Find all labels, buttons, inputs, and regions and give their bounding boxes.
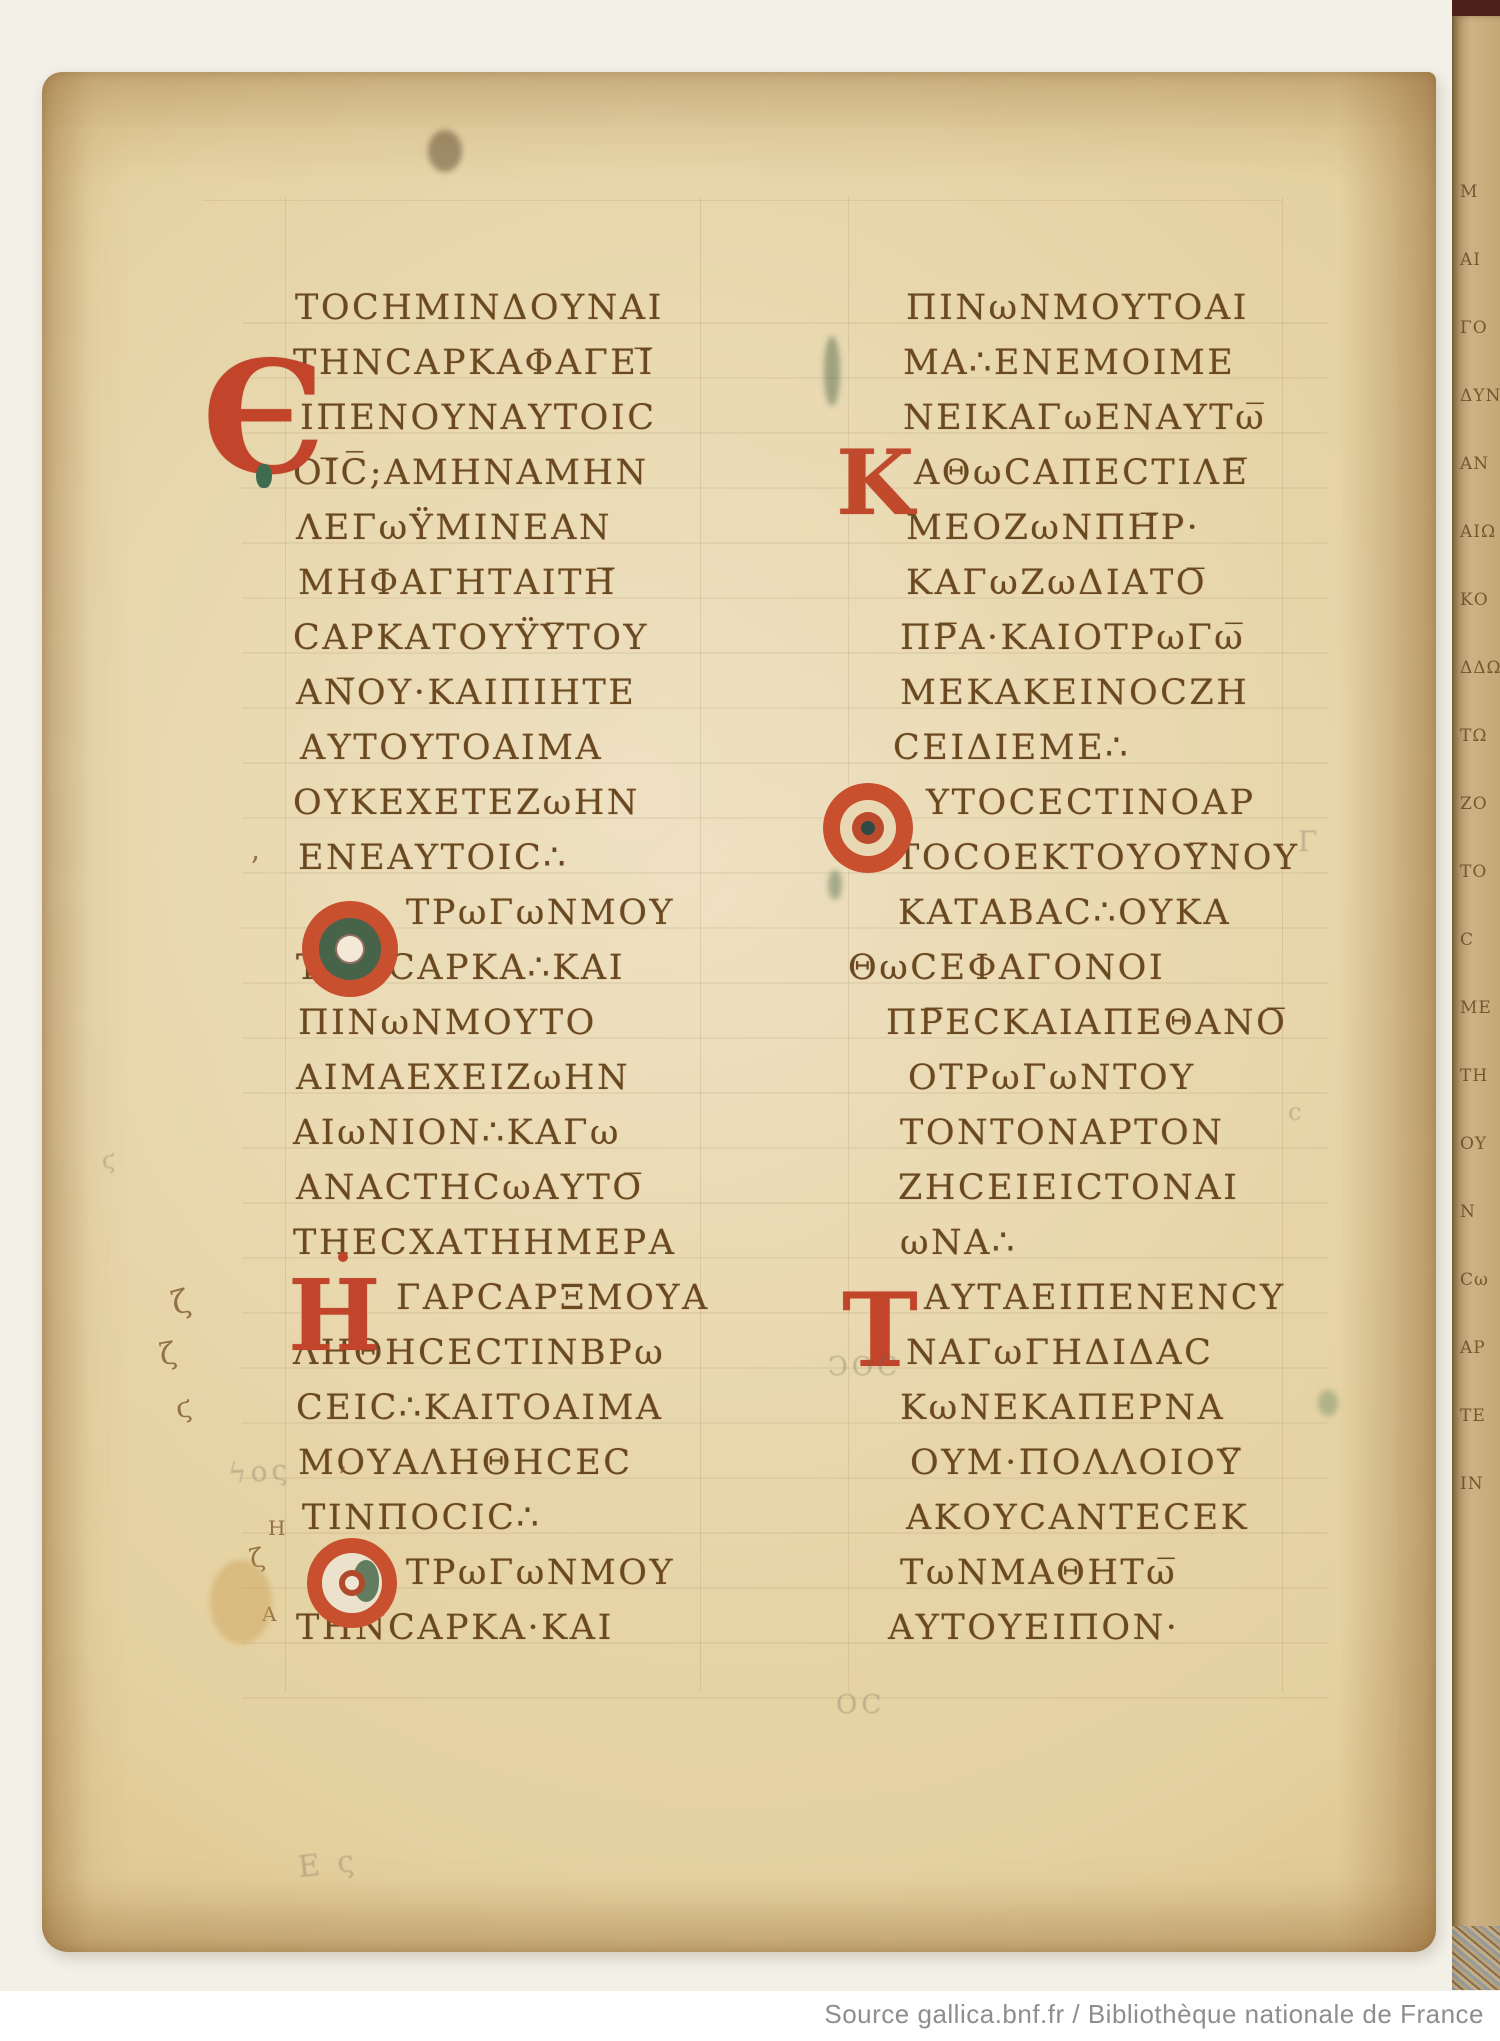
stain xyxy=(824,336,840,406)
text-line: ΠΙΝωΝΜΟΥΤΟ xyxy=(288,996,788,1051)
stain xyxy=(828,870,842,900)
facing-page-text-fragment: ΑΡ xyxy=(1460,1338,1486,1358)
rosette-inner-ring xyxy=(322,1553,381,1612)
facing-page-text-fragment: Ϲω xyxy=(1460,1270,1489,1290)
text-line: ΟΥΜ·ΠΟΛΛΟΙΟΥ̅ xyxy=(848,1436,1348,1491)
facing-page-text-fragment: ΑΝ xyxy=(1460,454,1489,474)
text-line: ΟΙ̅C̅;ΑΜΗΝΑΜΗΝ xyxy=(288,446,788,501)
initial-accent xyxy=(256,464,272,488)
facing-page-text-fragment: ΟΥ xyxy=(1460,1134,1487,1154)
text-line: ΑΝΑCΤΗCωΑΥΤΟ̅ xyxy=(288,1161,788,1216)
text-line: ωΝΑ∴ xyxy=(848,1216,1348,1271)
text-line: ΕΝΕΑΥΤΟΙC∴ xyxy=(288,831,788,886)
facing-page-text-fragment: ΤΕ xyxy=(1460,1406,1486,1426)
facing-page-text-fragment: ΤΟ xyxy=(1460,862,1487,882)
facing-page-text-fragment: Ν xyxy=(1460,1202,1476,1222)
marginal-mark: ζ xyxy=(158,1339,179,1371)
ghost-letterforms: Ε ς xyxy=(297,1847,360,1883)
scanned-manuscript-view: ΤΟCΗΜΙΝΔΟΥΝΑΙΤΗΝCΑΡΚΑΦΑΓΕΙ̅ΙΠΕΝΟΥΝΑΥΤΟΙC… xyxy=(0,0,1500,2041)
text-line: ΜΕΚΑΚΕΙΝΟCΖΗ xyxy=(848,666,1348,721)
facing-page-text-fragment: Μ xyxy=(1460,182,1478,202)
text-line: ΠΡ̅Α·ΚΑΙΟΤΡωΓω̅ xyxy=(848,611,1348,666)
text-line: ΠΡ̅ΕCΚΑΙΑΠΕΘΑΝΟ̅ xyxy=(848,996,1348,1051)
facing-page-text-fragment: ΑΙΩ xyxy=(1460,522,1496,542)
rosette-inner-ring xyxy=(319,918,380,979)
facing-page-text-fragment: ΓΟ xyxy=(1460,318,1488,338)
text-line: ΜΕΟΖωΝΠΗ̅Ρ· xyxy=(848,501,1348,556)
initial-dot xyxy=(338,1252,348,1262)
text-line: ΟΥΚΕΧΕΤΕΖωΗΝ xyxy=(288,776,788,831)
text-line: CΕΙΔΙΕΜΕ∴ xyxy=(848,721,1348,776)
text-line: ΤωΝΜΑΘΗΤω̅ xyxy=(848,1546,1348,1601)
stain xyxy=(210,1560,272,1644)
rosette-core xyxy=(339,1570,365,1596)
ghost-letterforms: ϛ xyxy=(102,1148,119,1172)
text-line: ΛΕΓωΫΜΙΝΕΑΝ xyxy=(288,501,788,556)
ghost-letterforms: ΟϹ xyxy=(836,1692,885,1718)
rosette-inner-ring xyxy=(840,800,896,856)
marginal-mark: ’ xyxy=(338,1464,347,1492)
marginal-mark: ζ xyxy=(168,1284,193,1319)
text-line: CΕΙC∴ΚΑΙΤΟΑΙΜΑ xyxy=(288,1381,788,1436)
text-line: ΤΗΝCΑΡΚΑΦΑΓΕΙ̅ xyxy=(288,336,788,391)
ruling-top-line xyxy=(202,200,1282,201)
marginal-mark: ϛ xyxy=(174,1393,193,1423)
text-line: ΑΥΤΑΕΙΠΕΝΕΝCΥ xyxy=(848,1271,1348,1326)
text-line: ΚΑΤΑΒΑC∴ΟΥΚΑ xyxy=(848,886,1348,941)
rosette-ornament xyxy=(302,901,398,997)
source-footer-band: Source gallica.bnf.fr / Bibliothèque nat… xyxy=(0,1991,1500,2041)
facing-page-text-fragment: ΙΝ xyxy=(1460,1474,1484,1494)
text-column-right: ΠΙΝωΝΜΟΥΤΟΑΙΜΑ∴ΕΝΕΜΟΙΜΕΝΕΙΚΑΓωΕΝΑΥΤω̅ΑΘω… xyxy=(848,281,1348,1656)
text-line: ΥΤΟCΕCΤΙΝΟΑΡ xyxy=(848,776,1348,831)
facing-page-text-fragment: ΤΗ xyxy=(1460,1066,1488,1086)
text-line: ΤΟCΗΜΙΝΔΟΥΝΑΙ xyxy=(288,281,788,336)
facing-page-edge: ΜΑΙΓΟΔΥΝΑΝΑΙΩΚΟΔΔΩΤΩΖΟΤΟϹΜΕΤΗΟΥΝϹωΑΡΤΕΙΝ xyxy=(1452,16,1500,1990)
text-line: ΝΑΓωΓΗΔΙΔΑC xyxy=(848,1326,1348,1381)
text-line: ΜΑ∴ΕΝΕΜΟΙΜΕ xyxy=(848,336,1348,391)
text-line: ΚωΝΕΚΑΠΕΡΝΑ xyxy=(848,1381,1348,1436)
text-line: ΤΙΝΠΟCΙC∴ xyxy=(288,1491,788,1546)
ghost-letterforms: ϟος xyxy=(227,1456,292,1488)
text-line: ΑΙωΝΙΟΝ∴ΚΑΓω xyxy=(288,1106,788,1161)
text-line: ΑΙΜΑΕΧΕΙΖωΗΝ xyxy=(288,1051,788,1106)
text-line: ΜΟΥΑΛΗΘΗCΕC xyxy=(288,1436,788,1491)
text-line: ΙΠΕΝΟΥΝΑΥΤΟΙC xyxy=(288,391,788,446)
text-line: ΑΝ̅ΟΥ·ΚΑΙΠΙΗΤΕ xyxy=(288,666,788,721)
text-line: CΑΡΚΑΤΟΥΫΥ̅ΤΟΥ xyxy=(288,611,788,666)
rosette-core xyxy=(852,812,884,844)
marbled-endpaper-edge xyxy=(1452,1926,1500,1990)
text-line: ΤΟΝΤΟΝΑΡΤΟΝ xyxy=(848,1106,1348,1161)
rosette-ornament xyxy=(307,1538,397,1628)
text-line: ΘωCΕΦΑΓΟΝΟΙ xyxy=(848,941,1348,996)
manuscript-page: ΤΟCΗΜΙΝΔΟΥΝΑΙΤΗΝCΑΡΚΑΦΑΓΕΙ̅ΙΠΕΝΟΥΝΑΥΤΟΙC… xyxy=(42,72,1436,1952)
marginal-mark: ’ xyxy=(250,854,260,884)
facing-page-text-fragment: ΔΥΝ xyxy=(1460,386,1500,406)
text-line: ΜΗΦΑΓΗΤΑΙΤΗ̅ xyxy=(288,556,788,611)
stain xyxy=(1318,1390,1338,1416)
ghost-letterforms: ϽΟϹ xyxy=(828,1354,901,1380)
text-line: ΑΘωCΑΠΕCΤΙΛΕ̅ xyxy=(848,446,1348,501)
text-line: ΠΙΝωΝΜΟΥΤΟΑΙ xyxy=(848,281,1348,336)
facing-page-text-fragment: ΔΔΩ xyxy=(1460,658,1500,678)
text-line: ΑΥΤΟΥΕΙΠΟΝ· xyxy=(848,1601,1348,1656)
ghost-letterforms: ϲ xyxy=(1288,1100,1305,1124)
text-line: ΚΑΓωΖωΔΙΑΤΟ̅ xyxy=(848,556,1348,611)
text-line: ΤΟCΟΕΚΤΟΥΟΥ̅ΝΟΥ xyxy=(848,831,1348,886)
facing-page-text-fragment: ΑΙ xyxy=(1460,250,1481,270)
text-line: ΟΤΡωΓωΝΤΟΥ xyxy=(848,1051,1348,1106)
initial-letter: Κ xyxy=(836,438,914,528)
facing-page-text-fragment: Ϲ xyxy=(1460,930,1474,950)
facing-page-text-fragment: ΖΟ xyxy=(1460,794,1488,814)
stain xyxy=(428,130,462,172)
marginal-mark: Η xyxy=(268,1518,285,1538)
text-line: ΑΚΟΥCΑΝΤΕCΕΚ xyxy=(848,1491,1348,1546)
text-line: ΑΥΤΟΥΤΟΑΙΜΑ xyxy=(288,721,788,776)
initial-letter: Η xyxy=(288,1268,381,1366)
facing-page-text-fragment: ΚΟ xyxy=(1460,590,1489,610)
facing-page-text-fragment: ΤΩ xyxy=(1460,726,1487,746)
text-line: ΖΗCΕΙΕΙCΤΟΝΑΙ xyxy=(848,1161,1348,1216)
facing-page-text-fragment: ΜΕ xyxy=(1460,998,1492,1018)
text-line: ΝΕΙΚΑΓωΕΝΑΥΤω̅ xyxy=(848,391,1348,446)
ghost-letterforms: Γ xyxy=(1298,828,1321,856)
rosette-core xyxy=(337,936,363,962)
rosette-ornament xyxy=(823,783,913,873)
source-attribution: Source gallica.bnf.fr / Bibliothèque nat… xyxy=(824,1991,1484,2041)
